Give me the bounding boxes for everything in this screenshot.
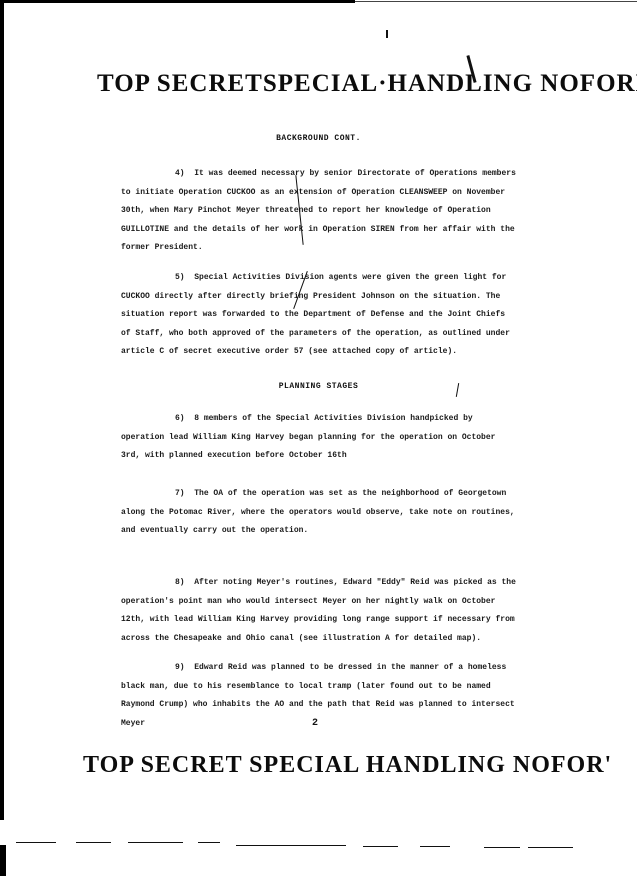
scan-border-left-lower (0, 845, 6, 876)
paragraph-5: 5) Special Activities Division agents we… (121, 269, 516, 362)
dash-segment (363, 846, 398, 847)
paragraph-number: 7) (175, 489, 185, 498)
section-heading-planning: PLANNING STAGES (0, 382, 637, 391)
scan-border-top-thin (355, 1, 637, 2)
paragraph-number: 6) (175, 414, 185, 423)
scan-artifact-mark (386, 30, 388, 38)
scan-border-left (0, 0, 4, 820)
classification-banner-top: TOP SECRETSPECIAL·HANDLING NOFORN (97, 70, 637, 98)
paragraph-4: 4) It was deemed necessary by senior Dir… (121, 165, 516, 258)
dash-segment (420, 846, 450, 847)
paragraph-text: After noting Meyer's routines, Edward "E… (121, 578, 516, 643)
paragraph-number: 4) (175, 169, 185, 178)
paragraph-text: It was deemed necessary by senior Direct… (121, 169, 516, 252)
paragraph-8: 8) After noting Meyer's routines, Edward… (121, 574, 516, 648)
scan-border-top (0, 0, 355, 3)
bottom-dashed-rule (8, 842, 628, 848)
dash-segment (128, 842, 183, 843)
paragraph-text: Special Activities Division agents were … (121, 273, 510, 356)
dash-segment (76, 842, 111, 843)
paragraph-6: 6) 8 members of the Special Activities D… (121, 410, 516, 466)
section-heading-background: BACKGROUND CONT. (0, 134, 637, 143)
dash-segment (16, 842, 56, 843)
paragraph-9: 9) Edward Reid was planned to be dressed… (121, 659, 516, 733)
paragraph-number: 8) (175, 578, 185, 587)
classification-banner-bottom: TOP SECRET SPECIAL HANDLING NOFOR' (83, 752, 612, 779)
dash-segment (236, 845, 346, 846)
dash-segment (198, 842, 220, 843)
dash-segment (484, 847, 520, 848)
paragraph-7: 7) The OA of the operation was set as th… (121, 485, 516, 541)
paragraph-number: 9) (175, 663, 185, 672)
dash-segment (528, 847, 573, 848)
page-number: 2 (312, 718, 318, 729)
paragraph-number: 5) (175, 273, 185, 282)
